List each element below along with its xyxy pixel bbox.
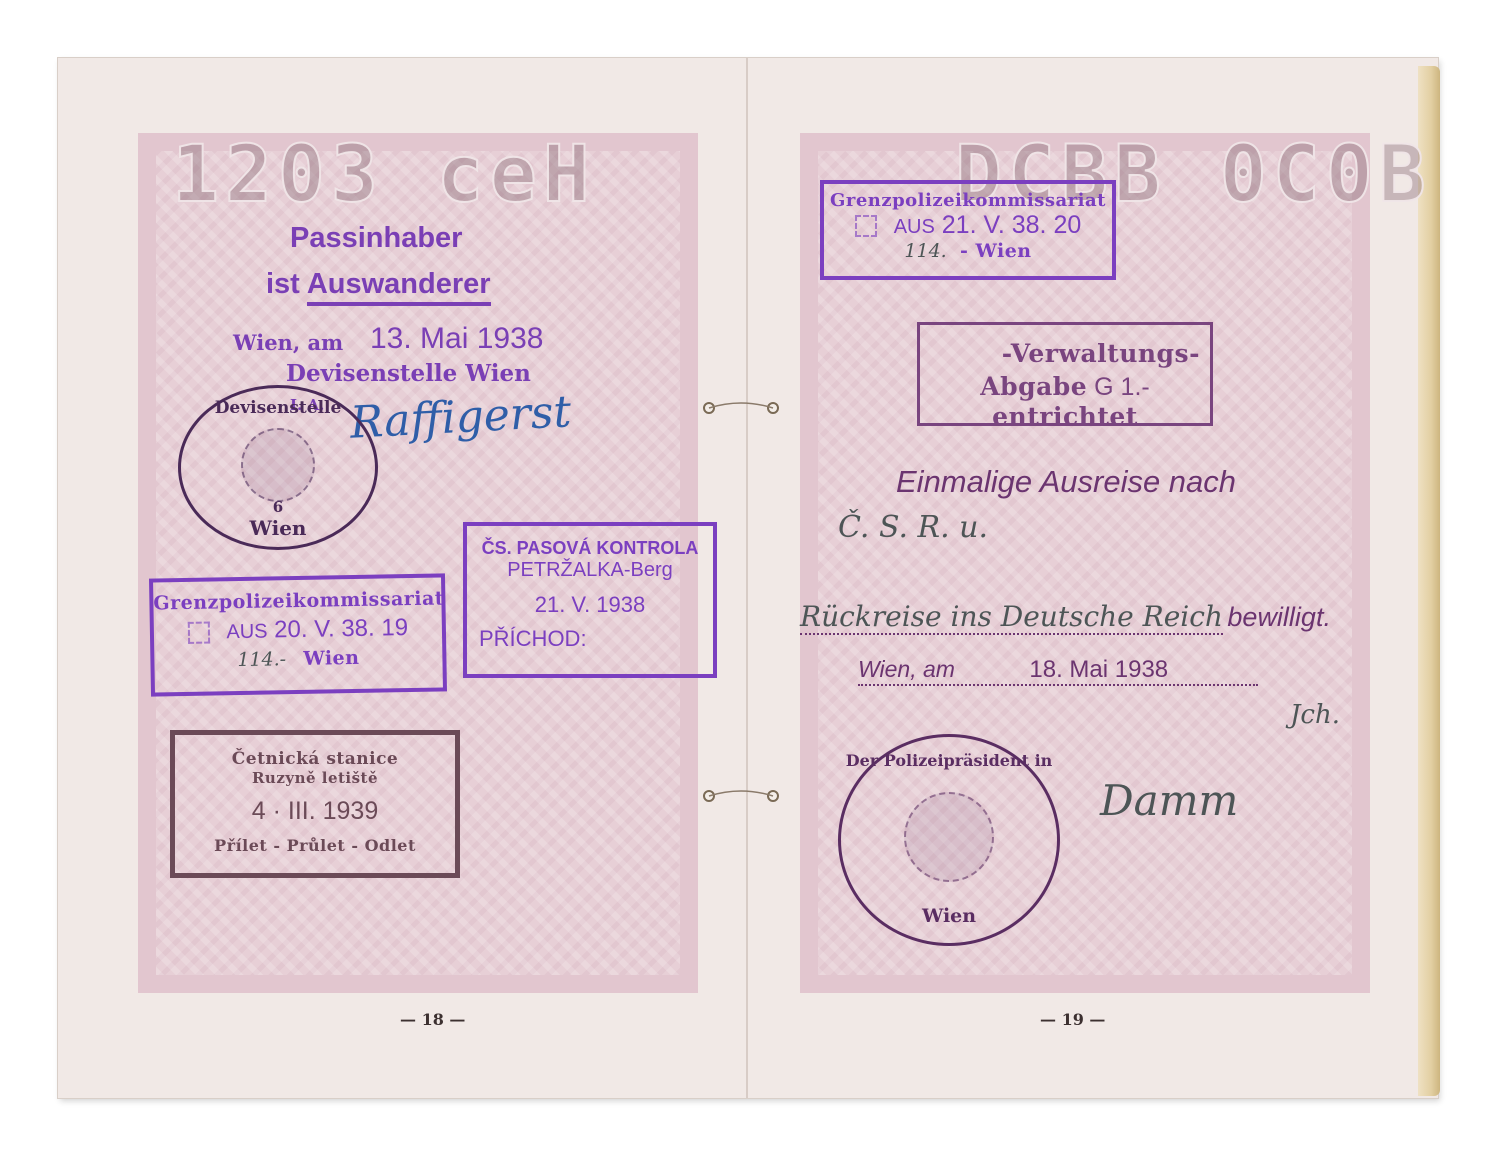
- fee-stamp-line2: Abgabe G 1.- entrichtet: [920, 372, 1210, 432]
- border-stamp-number: 19: [381, 614, 408, 641]
- emblem-placeholder: [188, 621, 210, 643]
- border-stamp-bottom-row: 114. - Wien: [824, 240, 1112, 263]
- fee-stamp-prefix: Abgabe: [980, 372, 1087, 401]
- fee-stamp-suffix: entrichtet: [992, 402, 1138, 431]
- border-stamp-city: Wien: [303, 647, 360, 670]
- binding-gutter: [746, 58, 748, 1098]
- emigrant-place-label: Wien, am: [233, 330, 343, 355]
- seal-ring-top: Devisenstelle: [181, 398, 375, 418]
- seal-ring-bottom: Wien: [181, 516, 375, 540]
- emigrant-line2: ist Auswanderer: [266, 268, 491, 301]
- border-stamp-number: 20: [1053, 211, 1081, 239]
- devisenstelle-seal: Devisenstelle 6 Wien: [178, 385, 378, 550]
- exit-permit-destination: Č. S. R. u.: [838, 510, 988, 545]
- exit-permit-date-line: Wien, am 18. Mai 1938: [858, 656, 1258, 686]
- gendarmerie-line4: Přílet - Průlet - Odlet: [175, 836, 455, 855]
- left-perforation: 1203 ceH: [172, 130, 596, 220]
- left-page-number: — 18 —: [400, 1010, 465, 1029]
- fee-stamp-line1: -Verwaltungs-: [920, 339, 1210, 368]
- police-president-seal: Der Polizeipräsident in Wien: [838, 734, 1060, 946]
- border-stamp-direction: AUS: [226, 621, 268, 644]
- gendarmerie-line2: Ruzyně letiště: [175, 769, 455, 787]
- emigrant-line1: Passinhaber: [290, 222, 462, 255]
- czech-stamp-date: 21. V. 1938: [467, 592, 713, 618]
- exit-permit-approved: bewilligt.: [1227, 602, 1331, 632]
- right-page-number: — 19 —: [1040, 1010, 1105, 1029]
- border-stamp-title: Grenzpolizeikommissariat: [824, 190, 1112, 211]
- czech-stamp-line4: PŘÍCHOD:: [467, 626, 713, 652]
- exit-permit-date: 18. Mai 1938: [1029, 656, 1168, 683]
- border-stamp-title: Grenzpolizeikommissariat: [153, 587, 441, 614]
- fee-stamp-amount: G 1.-: [1094, 373, 1150, 401]
- exit-permit-return: Rückreise ins Deutsche Reich: [800, 600, 1223, 635]
- border-stamp-date-row: AUS 20. V. 38. 19: [154, 613, 442, 646]
- czech-stamp-line1: ČS. PASOVÁ KONTROLA: [467, 538, 713, 559]
- emigrant-office: Devisenstelle Wien: [286, 360, 531, 387]
- czech-stamp-line2: PETRŽALKA-Berg: [467, 559, 713, 582]
- administrative-fee-stamp: -Verwaltungs- Abgabe G 1.- entrichtet: [917, 322, 1213, 426]
- emigrant-date: 13. Mai 1938: [370, 322, 543, 356]
- emigrant-line2-emphasis: Auswanderer: [307, 268, 491, 306]
- emblem-placeholder: [855, 215, 877, 237]
- staple-top: [695, 398, 787, 418]
- seal-number: 6: [181, 498, 375, 516]
- emigrant-line2-prefix: ist: [266, 268, 300, 300]
- border-stamp-date-row: AUS 21. V. 38. 20: [824, 211, 1112, 240]
- staple-bottom: [695, 786, 787, 806]
- border-stamp-exit-left: Grenzpolizeikommissariat AUS 20. V. 38. …: [149, 573, 447, 696]
- seal-ring-top: Der Polizeipräsident in: [841, 751, 1057, 770]
- border-stamp-direction: AUS: [894, 216, 935, 238]
- seal-ring-bottom: Wien: [841, 905, 1057, 927]
- border-stamp-city: - Wien: [960, 240, 1032, 262]
- eagle-emblem-placeholder: [904, 792, 994, 882]
- exit-permit-initials: Jch.: [1290, 700, 1340, 730]
- border-stamp-bottom-row: 114.- Wien: [154, 645, 442, 673]
- exit-permit-signature: Damm: [1100, 776, 1238, 825]
- booklet-edge: [1418, 66, 1440, 1096]
- exit-permit-place-label: Wien, am: [858, 656, 955, 682]
- exit-permit-heading: Einmalige Ausreise nach: [896, 464, 1236, 500]
- border-stamp-date: 20. V. 38.: [274, 615, 375, 644]
- gendarmerie-stamp: Četnická stanice Ruzyně letiště 4 · III.…: [170, 730, 460, 878]
- gendarmerie-date: 4 · III. 1939: [175, 797, 455, 826]
- czech-border-stamp: ČS. PASOVÁ KONTROLA PETRŽALKA-Berg 21. V…: [463, 522, 717, 678]
- exit-permit-return-line: Rückreise ins Deutsche Reich bewilligt.: [800, 600, 1340, 633]
- border-stamp-handwritten: 114.-: [237, 648, 286, 671]
- eagle-emblem-placeholder: [241, 428, 315, 502]
- border-stamp-date: 21. V. 38.: [942, 211, 1047, 239]
- border-stamp-exit-right: Grenzpolizeikommissariat AUS 21. V. 38. …: [820, 180, 1116, 280]
- gendarmerie-line1: Četnická stanice: [175, 749, 455, 769]
- border-stamp-handwritten: 114.: [904, 240, 946, 262]
